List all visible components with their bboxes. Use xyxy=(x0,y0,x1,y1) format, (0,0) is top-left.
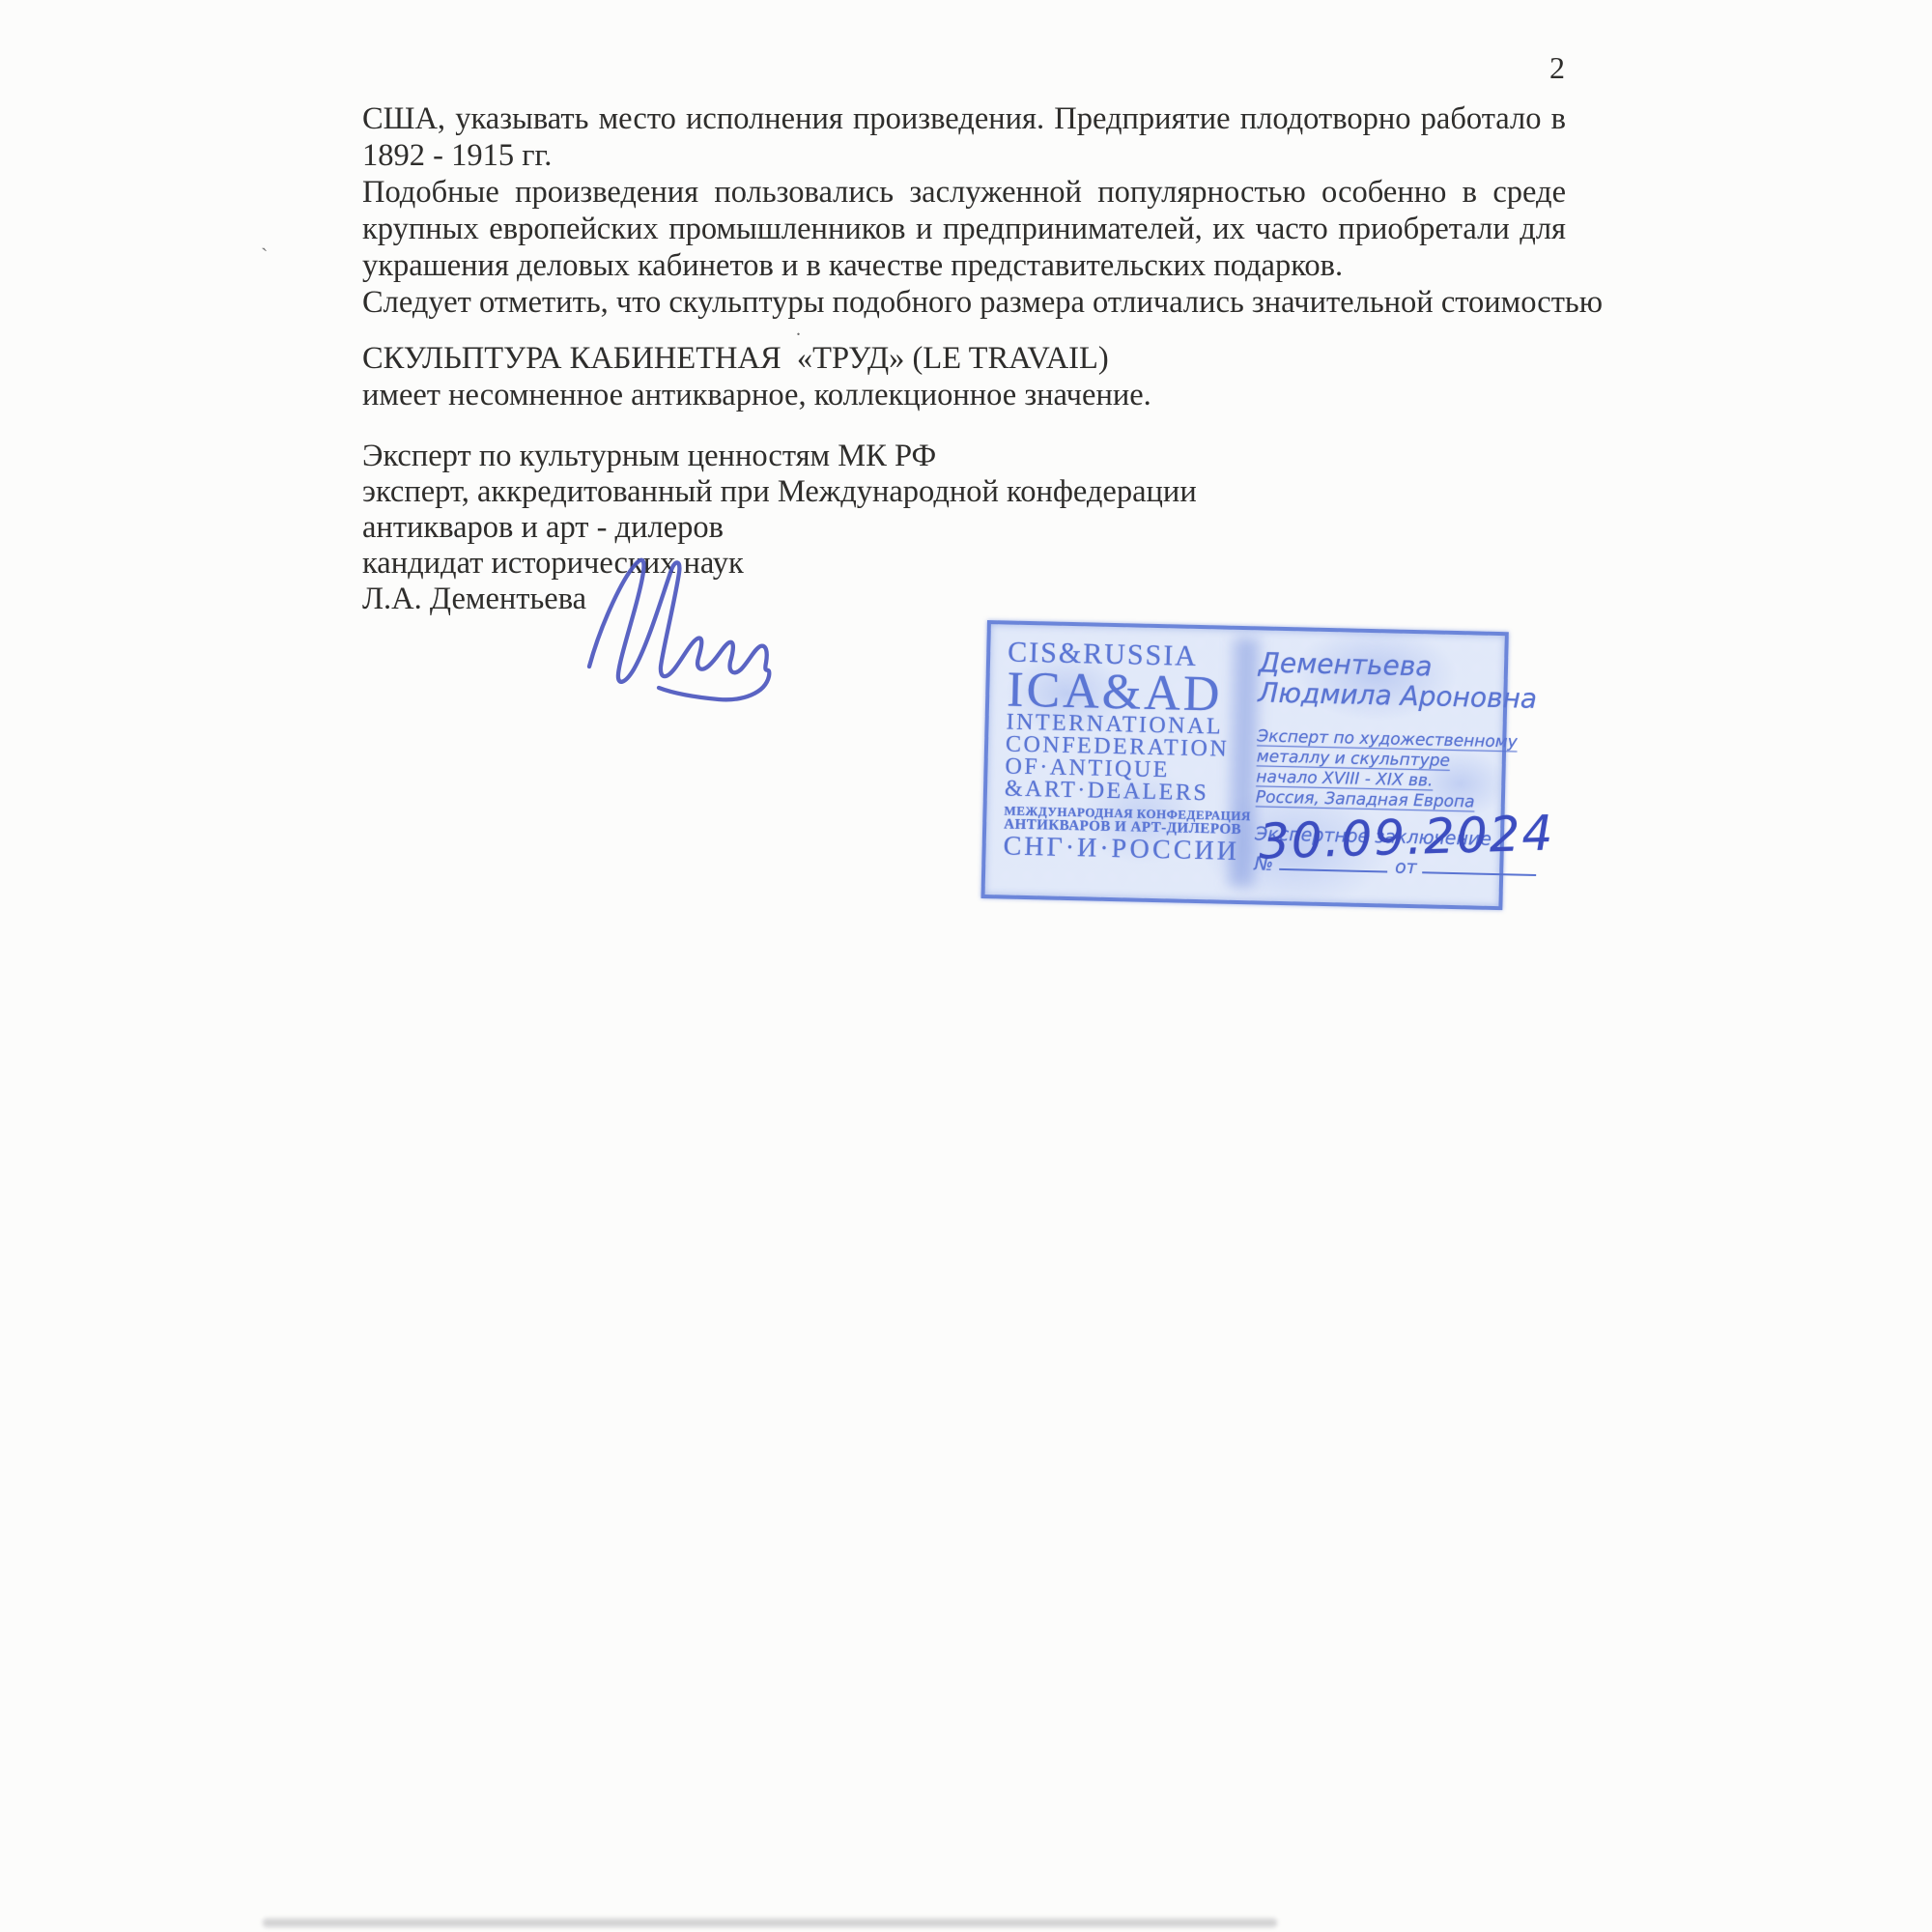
sculpture-title-block: СКУЛЬПТУРА КАБИНЕТНАЯ «ТРУД» (LE TRAVAIL… xyxy=(362,340,1566,413)
body-line: 1892 - 1915 гг. xyxy=(362,137,1566,174)
body-line: США, указывать место исполнения произвед… xyxy=(362,100,1566,137)
scan-speck: ` xyxy=(261,243,268,269)
body-line: украшения деловых кабинетов и в качестве… xyxy=(362,247,1566,284)
confederation-stamp: CIS&RUSSIA ICA&AD INTERNATIONAL CONFEDER… xyxy=(980,620,1508,910)
sculpture-title-continuation: имеет несомненное антикварное, коллекцио… xyxy=(362,377,1566,413)
expert-line: Эксперт по культурным ценностям МК РФ xyxy=(362,439,1566,474)
stamp-expert-given-name: Людмила Ароновна xyxy=(1258,677,1498,713)
page-number: 2 xyxy=(1507,50,1565,85)
scan-bottom-edge xyxy=(263,1918,1277,1927)
body-paragraphs: США, указывать место исполнения произвед… xyxy=(362,100,1566,321)
expert-line: кандидат исторических наук xyxy=(362,546,1566,582)
body-line: крупных европейских промышленников и пре… xyxy=(362,211,1566,247)
stamp-logo-line: &ART·DEALERS xyxy=(1005,778,1248,806)
handwritten-signature xyxy=(578,549,805,718)
expert-credentials-block: Эксперт по культурным ценностям МК РФ эк… xyxy=(362,439,1566,617)
expert-line: антикваров и арт - дилеров xyxy=(362,510,1566,546)
stamp-logo-line: СНГ·И·РОССИИ xyxy=(1003,832,1247,867)
stamp-logo-block: CIS&RUSSIA ICA&AD INTERNATIONAL CONFEDER… xyxy=(1003,636,1251,867)
stamp-handwritten-date: 30.09.2024 xyxy=(1258,805,1555,869)
scan-speck: . xyxy=(796,319,801,341)
document-page: 2 США, указывать место исполнения произв… xyxy=(0,0,1932,1932)
body-line: Следует отметить, что скульптуры подобно… xyxy=(362,284,1566,321)
expert-line: эксперт, аккредитованный при Международн… xyxy=(362,474,1566,510)
sculpture-title: СКУЛЬПТУРА КАБИНЕТНАЯ «ТРУД» (LE TRAVAIL… xyxy=(362,340,1566,377)
body-line: Подобные произведения пользовались заслу… xyxy=(362,174,1566,211)
expert-name: Л.А. Дементьева xyxy=(362,582,1566,617)
signature-stroke xyxy=(589,560,769,700)
